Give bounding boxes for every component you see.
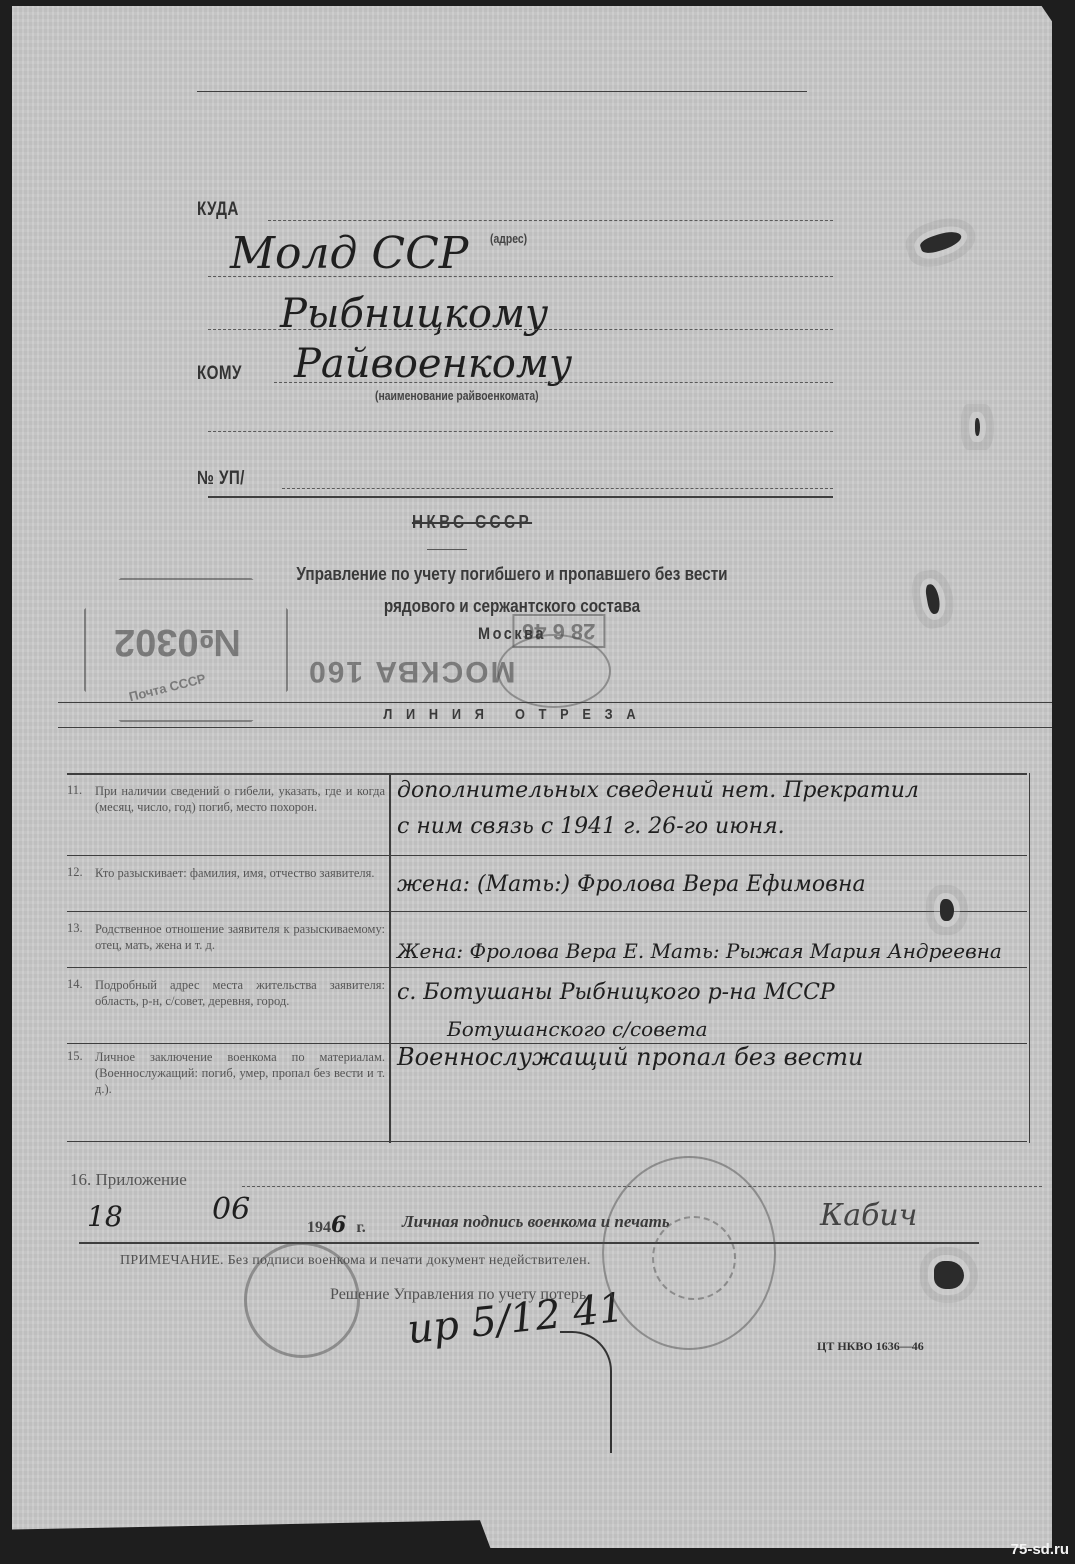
up-line — [282, 488, 833, 489]
row-answer-line2: Ботушанского с/совета — [447, 1015, 708, 1043]
org-title-struck: НКВС СССР — [353, 512, 591, 533]
postmark-circle — [497, 634, 611, 708]
postmark-stamp: МОСКВА 160 28 6 46 — [297, 614, 617, 694]
row-answer-line1: дополнительных сведений нет. Прекратил — [397, 777, 919, 805]
table-bottom-border — [67, 1141, 1027, 1142]
row-number: 14. — [67, 977, 87, 992]
signature-value: Кабич — [820, 1198, 917, 1233]
row-answer-line1: жена: (Мать:) Фролова Вера Ефимовна — [397, 871, 866, 899]
row-question: Родственное отношение заявителя к разыск… — [95, 921, 385, 953]
kuda-line — [268, 220, 833, 221]
table-row: 15. Личное заключение военкома по матери… — [67, 1049, 1027, 1129]
date-month: 06 — [212, 1192, 250, 1227]
org-title-underline — [427, 549, 467, 550]
date-day: 18 — [87, 1200, 123, 1233]
address-line2-rule — [208, 329, 833, 330]
postmark-text: МОСКВА 160 — [307, 654, 516, 688]
cut-line-top — [58, 702, 1058, 703]
row-number: 12. — [67, 865, 87, 880]
kuda-label: КУДА — [197, 199, 239, 221]
punch-hole — [919, 228, 964, 256]
row-question: Кто разыскивает: фамилия, имя, отчество … — [95, 865, 385, 881]
row-question: Личное заключение военкома по материалам… — [95, 1049, 385, 1097]
row-number: 13. — [67, 921, 87, 936]
year-suffix: 6 — [331, 1212, 346, 1238]
row-divider — [67, 967, 1027, 968]
punch-hole — [924, 583, 941, 615]
row-question: При наличии сведений о гибели, указать, … — [95, 783, 385, 815]
komu-caption: (наименование райвоенкомата) — [375, 388, 539, 403]
address-caption: (адрес) — [490, 231, 527, 246]
row-number: 15. — [67, 1049, 87, 1064]
table-right-border — [1029, 773, 1030, 1143]
row-question: Подробный адрес места жительства заявите… — [95, 977, 385, 1009]
signature-line — [79, 1242, 979, 1244]
header-divider — [208, 496, 833, 498]
komu-value: Райвоенкому — [294, 341, 572, 387]
row-answer-line1: Жена: Фролова Вера Е. Мать: Рыжая Мария … — [397, 937, 1002, 965]
komu-label: КОМУ — [197, 363, 242, 385]
address-line2: Рыбницкому — [280, 291, 548, 337]
up-label: № УП/ — [197, 468, 245, 490]
received-stamp — [244, 1242, 360, 1358]
document-sheet: КУДА (адрес) Молд ССР Рыбницкому КОМУ Ра… — [12, 6, 1052, 1548]
address-line1-rule — [208, 276, 833, 277]
row-number: 11. — [67, 783, 87, 798]
stamp-number: №0302 — [114, 620, 241, 663]
info-table: 11. При наличии сведений о гибели, указа… — [67, 773, 1067, 1143]
row-answer-line1: с. Ботушаны Рыбницкого р-на МССР — [397, 979, 835, 1007]
table-row: 13. Родственное отношение заявителя к ра… — [67, 921, 1027, 967]
top-blank-line — [197, 91, 807, 92]
table-row: 12. Кто разыскивает: фамилия, имя, отчес… — [67, 865, 1027, 905]
cut-line-label: Л И Н И Я О Т Р Е З А — [342, 706, 682, 723]
blank-line — [208, 431, 833, 432]
year-g: г. — [356, 1219, 365, 1236]
year-prefix: 194 — [307, 1219, 331, 1236]
org-line1: Управление по учету погибшего и пропавше… — [215, 564, 810, 585]
row-divider — [67, 855, 1027, 856]
row-answer-line2: с ним связь с 1941 г. 26-го июня. — [397, 813, 785, 841]
table-row: 14. Подробный адрес места жительства зая… — [67, 977, 1027, 1023]
punch-hole — [934, 1261, 964, 1289]
table-top-border — [67, 773, 1027, 775]
handwritten-flourish — [560, 1331, 612, 1453]
punch-hole — [940, 899, 954, 921]
stamp-arc: Почта СССР — [127, 671, 207, 705]
row-answer-line1: Военнослужащий пропал без вести — [397, 1043, 864, 1071]
row-divider — [67, 911, 1027, 912]
address-line1: Молд ССР — [230, 228, 468, 279]
cut-line-bottom — [58, 727, 1058, 728]
year-block: 1946 г. — [307, 1212, 366, 1238]
print-code: ЦТ НКВО 1636—46 — [817, 1339, 924, 1354]
site-watermark: 75-sd.ru — [1011, 1541, 1069, 1558]
seal-inner-emblem — [652, 1216, 736, 1300]
footnote: ПРИМЕЧАНИЕ. Без подписи военкома и печат… — [120, 1253, 591, 1269]
komu-line — [274, 382, 833, 383]
postal-octagon-stamp: №0302 Почта СССР — [84, 578, 288, 722]
punch-hole — [975, 418, 980, 436]
attachment-label: 16. Приложение — [70, 1170, 187, 1190]
table-row: 11. При наличии сведений о гибели, указа… — [67, 783, 1027, 849]
